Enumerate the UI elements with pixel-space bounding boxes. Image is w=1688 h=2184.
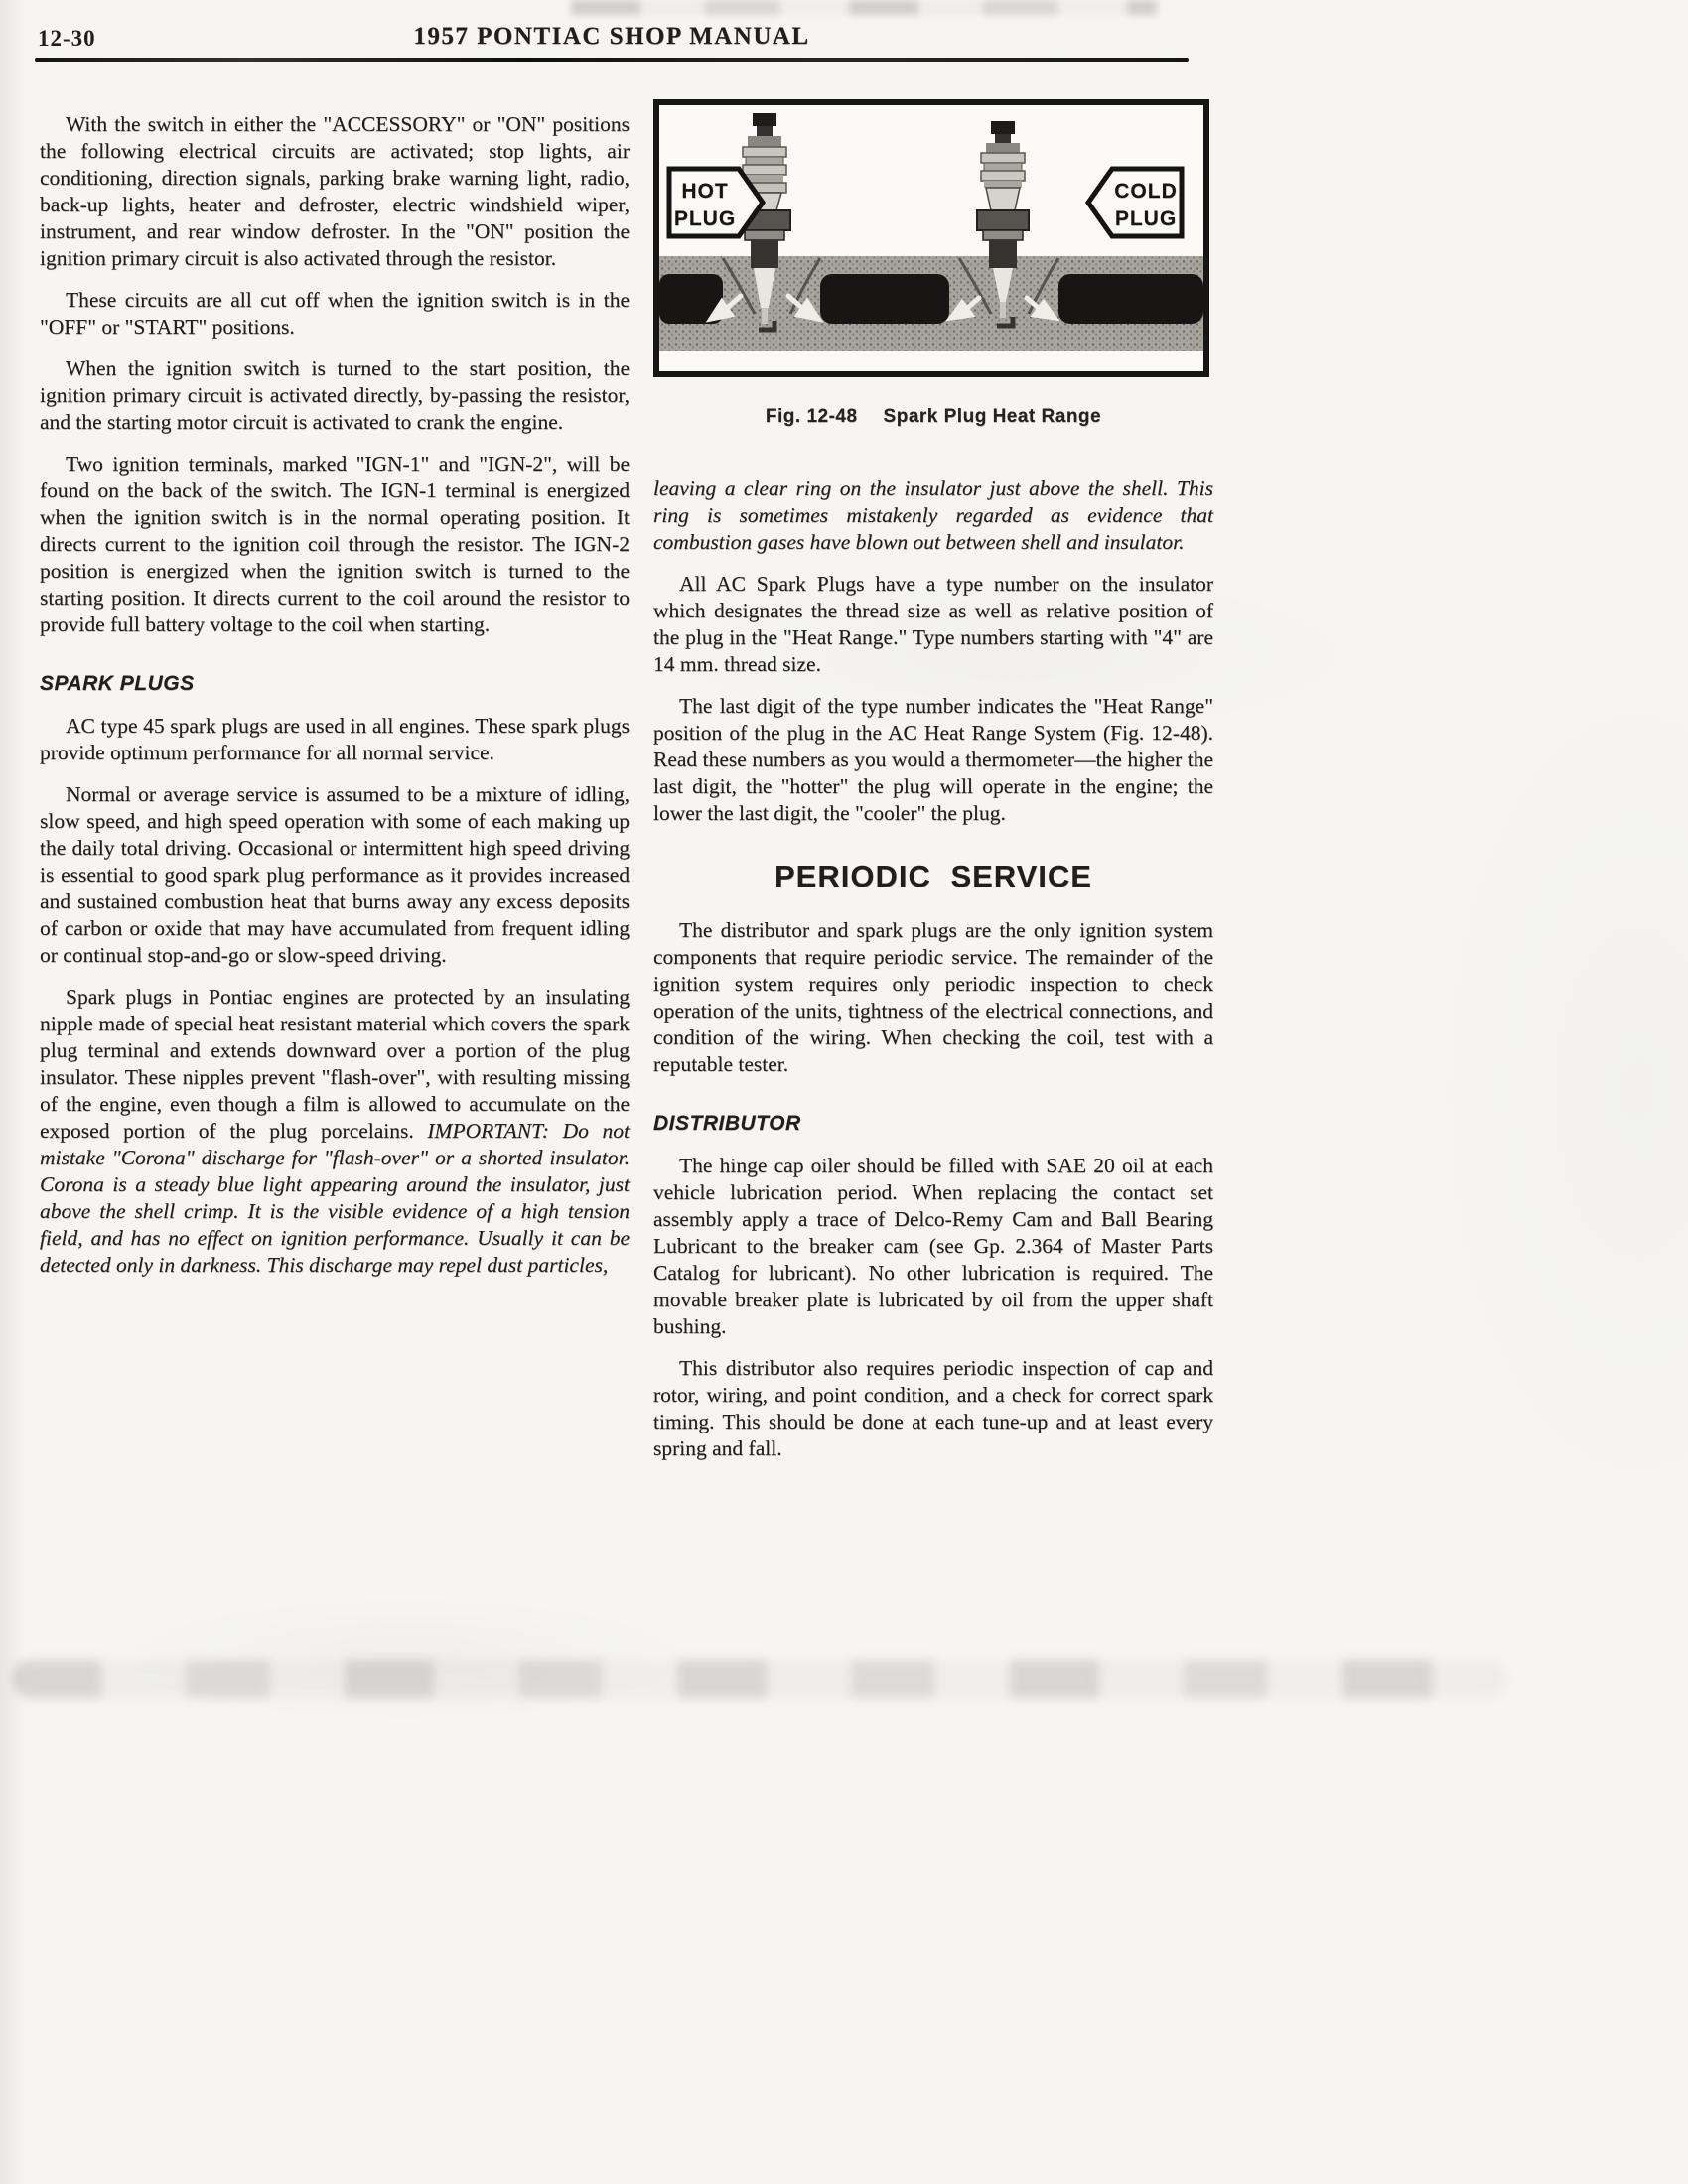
cylinder-head-cross-section	[659, 256, 1203, 351]
paragraph-start-position: When the ignition switch is turned to th…	[40, 355, 630, 436]
paragraph-accessory-circuits: With the switch in either the "ACCESSORY…	[40, 111, 630, 272]
heading-periodic-service: PERIODIC SERVICE	[653, 863, 1213, 889]
cold-plug-label-line2: PLUG	[1115, 207, 1177, 230]
paragraph-circuits-cut-off: These circuits are all cut off when the …	[40, 287, 630, 341]
cold-plug-label: COLD PLUG	[1088, 169, 1182, 236]
paragraph-distributor-lubrication: The hinge cap oiler should be filled wit…	[653, 1153, 1213, 1340]
paragraph-type-number: All AC Spark Plugs have a type number on…	[653, 571, 1213, 678]
header-rule	[35, 58, 1189, 62]
right-column: HOT PLUG COLD PLUG Fig. 12-48Spark Plug …	[653, 99, 1213, 1477]
paragraph-periodic-service: The distributor and spark plugs are the …	[653, 917, 1213, 1078]
scan-noise-bottom	[12, 1660, 1506, 1698]
paragraph-clear-ring: leaving a clear ring on the insulator ju…	[653, 476, 1213, 556]
spark-plug-illustration: HOT PLUG COLD PLUG	[653, 99, 1209, 377]
figure-caption-number: Fig. 12-48	[766, 406, 858, 427]
hot-plug-label-line2: PLUG	[674, 207, 736, 230]
paragraph-normal-service: Normal or average service is assumed to …	[40, 781, 630, 969]
hot-plug-label: HOT PLUG	[669, 169, 763, 236]
paragraph-insulating-nipple: Spark plugs in Pontiac engines are prote…	[40, 984, 630, 1279]
heading-distributor: DISTRIBUTOR	[653, 1110, 1213, 1137]
page-title: 1957 PONTIAC SHOP MANUAL	[35, 23, 1189, 51]
heading-spark-plugs: SPARK PLUGS	[40, 670, 630, 697]
figure-caption: Fig. 12-48Spark Plug Heat Range	[653, 403, 1213, 430]
cold-plug-label-line1: COLD	[1114, 180, 1178, 203]
left-column: With the switch in either the "ACCESSORY…	[40, 111, 630, 1294]
hot-plug-label-line1: HOT	[681, 180, 728, 203]
scanned-page: 12-30 1957 PONTIAC SHOP MANUAL With the …	[0, 0, 1688, 2184]
figure-caption-title: Spark Plug Heat Range	[884, 406, 1102, 427]
paragraph-ignition-terminals: Two ignition terminals, marked "IGN-1" a…	[40, 451, 630, 638]
paragraph-heat-range-digit: The last digit of the type number indica…	[653, 693, 1213, 827]
paragraph-ac-type-45: AC type 45 spark plugs are used in all e…	[40, 713, 630, 766]
paragraph-distributor-inspection: This distributor also requires periodic …	[653, 1355, 1213, 1462]
scan-noise-top	[571, 0, 1157, 15]
spark-plug-figure: HOT PLUG COLD PLUG	[653, 99, 1213, 377]
page-gutter-shadow	[0, 0, 26, 2184]
